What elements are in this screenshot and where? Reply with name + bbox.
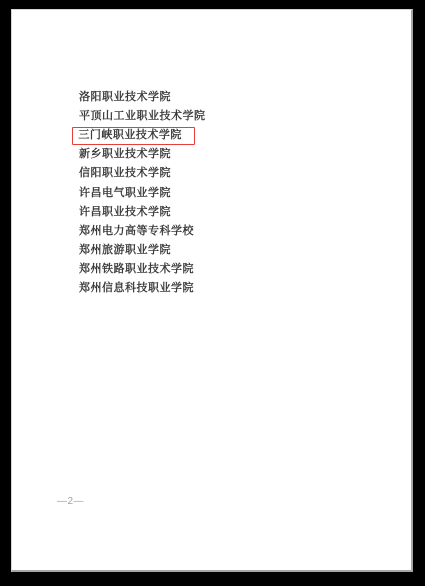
college-name: 许昌电气职业学院 [79,188,171,199]
page-number: —2— [57,496,84,507]
college-name: 许昌职业技术学院 [79,207,171,218]
document-page: 洛阳职业技术学院平顶山工业职业技术学院三门峡职业技术学院新乡职业技术学院信阳职业… [11,9,413,572]
college-name: 郑州电力高等专科学校 [79,226,194,237]
college-name-highlight-box: 三门峡职业技术学院 [72,127,195,145]
college-name: 郑州信息科技职业学院 [79,283,194,294]
college-name: 新乡职业技术学院 [79,149,171,160]
list-item: 郑州铁路职业技术学院 [79,260,359,279]
college-name: 郑州铁路职业技术学院 [79,264,194,275]
list-item: 郑州旅游职业学院 [79,241,359,260]
list-item: 许昌电气职业学院 [79,183,359,202]
college-name: 洛阳职业技术学院 [79,92,171,103]
list-item-highlighted: 三门峡职业技术学院 [79,126,359,145]
college-list: 洛阳职业技术学院平顶山工业职业技术学院三门峡职业技术学院新乡职业技术学院信阳职业… [79,88,359,298]
college-name: 信阳职业技术学院 [79,168,171,179]
list-item: 平顶山工业职业技术学院 [79,107,359,126]
scan-background: 洛阳职业技术学院平顶山工业职业技术学院三门峡职业技术学院新乡职业技术学院信阳职业… [0,0,425,586]
list-item: 郑州信息科技职业学院 [79,279,359,298]
college-name: 郑州旅游职业学院 [79,245,171,256]
list-item: 信阳职业技术学院 [79,164,359,183]
list-item: 许昌职业技术学院 [79,203,359,222]
college-name: 平顶山工业职业技术学院 [79,111,206,122]
list-item: 洛阳职业技术学院 [79,88,359,107]
list-item: 郑州电力高等专科学校 [79,222,359,241]
list-item: 新乡职业技术学院 [79,145,359,164]
